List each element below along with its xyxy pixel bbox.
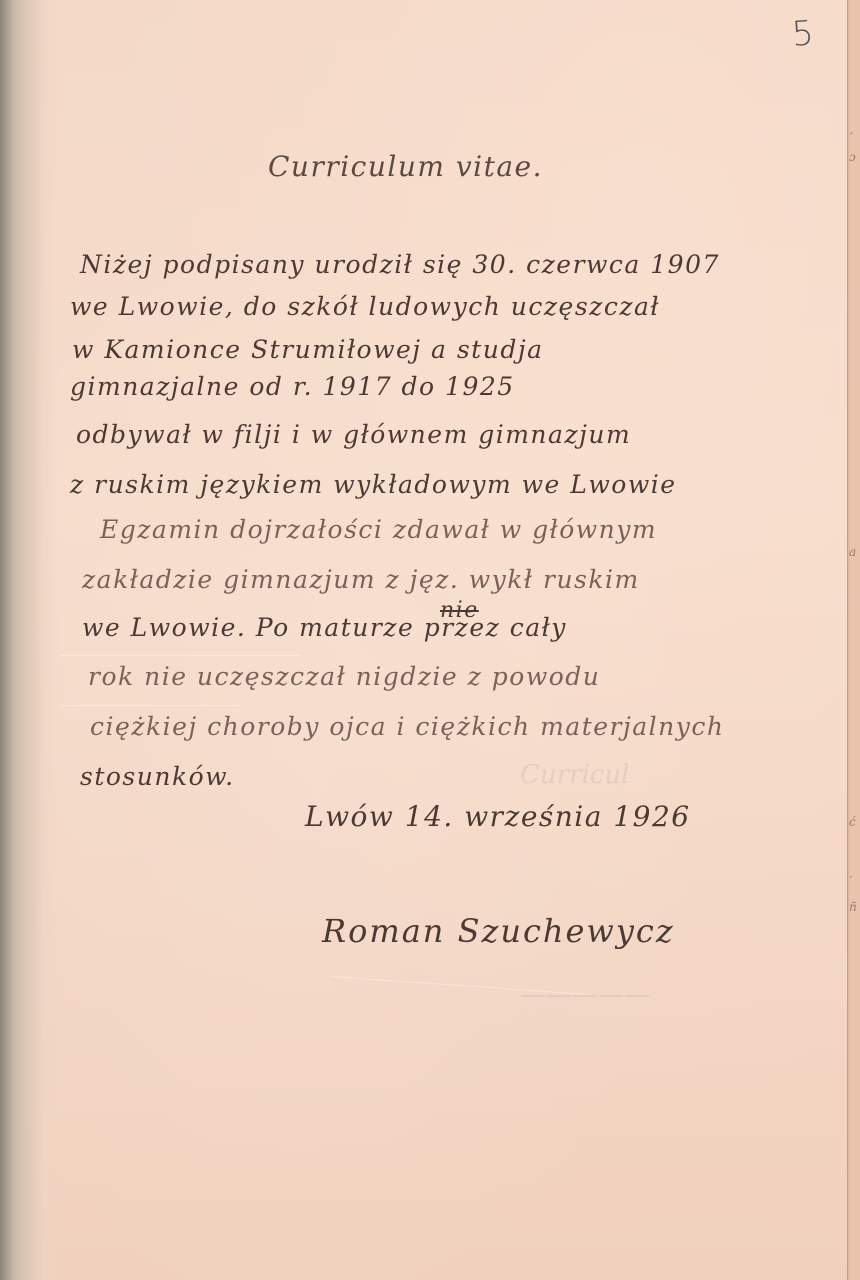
bleed-through-text: Curricul bbox=[520, 760, 629, 790]
body-line-8: zakładzie gimnazjum z jęz. wykł ruskim bbox=[82, 565, 640, 594]
body-line-9: we Lwowie. Po maturze przez cały bbox=[82, 613, 567, 642]
binding-shadow bbox=[0, 0, 60, 1280]
body-line-1: Niżej podpisany urodził się 30. czerwca … bbox=[80, 250, 720, 279]
paper-crease bbox=[60, 655, 300, 656]
body-line-10: rok nie uczęszczał nigdzie z powodu bbox=[88, 662, 600, 691]
bleed-through-text: ————— bbox=[520, 980, 650, 1010]
body-line-2: we Lwowie, do szkół ludowych uczęszczał bbox=[70, 292, 660, 321]
document-title: Curriculum vitae. bbox=[268, 150, 543, 183]
paper-crease bbox=[60, 705, 240, 706]
place-and-date: Lwów 14. września 1926 bbox=[305, 800, 691, 833]
signature: Roman Szuchewycz bbox=[322, 912, 675, 950]
body-line-6: z ruskim językiem wykładowym we Lwowie bbox=[70, 470, 677, 499]
body-line-3: w Kamionce Strumiłowej a studja bbox=[72, 335, 544, 364]
page-number: 5 bbox=[791, 13, 815, 54]
struck-out-word: nie bbox=[440, 598, 479, 623]
body-line-12: stosunków. bbox=[80, 762, 235, 791]
underlying-page-marks: ʼ ɔ a ć · ñ bbox=[848, 0, 860, 1280]
body-line-5: odbywał w filji i w głównem gimnazjum bbox=[76, 420, 631, 449]
body-line-4: gimnazjalne od r. 1917 do 1925 bbox=[70, 372, 515, 401]
scanned-page: ʼ ɔ a ć · ñ Curricul ————— 5 Curriculum … bbox=[0, 0, 860, 1280]
body-line-11: ciężkiej choroby ojca i ciężkich materja… bbox=[90, 712, 724, 741]
body-line-7: Egzamin dojrzałości zdawał w głównym bbox=[100, 515, 657, 544]
body-line-9-text: we Lwowie. Po maturze przez cały bbox=[82, 613, 567, 642]
